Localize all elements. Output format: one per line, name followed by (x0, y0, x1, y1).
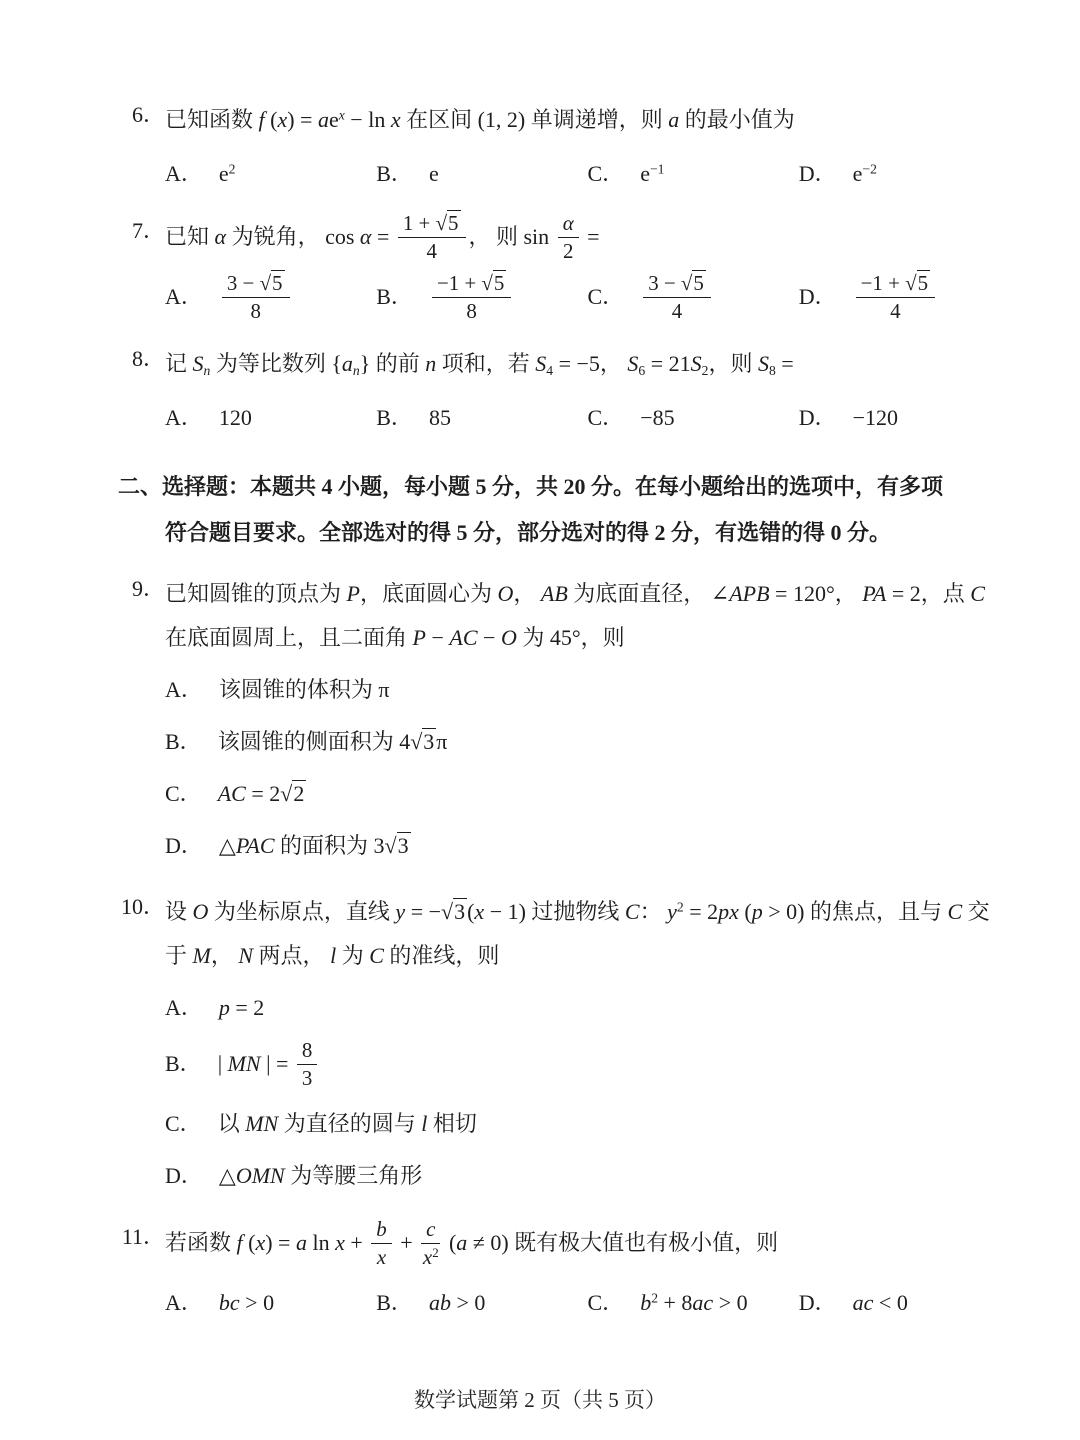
fraction-numerator: c (421, 1218, 440, 1244)
math-variable: α (360, 224, 372, 249)
option-content: p = 2 (219, 995, 264, 1020)
question-10-option-A: A．p = 2 (165, 982, 1010, 1034)
option-label: C． (588, 1290, 625, 1315)
question-8-option-A: A．120 (165, 396, 376, 440)
option-content: 3 − √58 (219, 284, 293, 309)
section-2-header-line-1: 二、选择题：本题共 4 小题，每小题 5 分，共 20 分。在每小题给出的选项中… (118, 464, 1010, 510)
question-9-stem-row: 9．已知圆锥的顶点为 P，底面圆心为 O， AB 为底面直径， ∠APB = 1… (118, 572, 1010, 660)
math-variable: x (423, 1245, 432, 1269)
math-variable: px (718, 899, 739, 924)
option-content: e (429, 161, 439, 186)
math-superscript: 2 (432, 1245, 438, 1260)
option-content: e−2 (853, 161, 877, 186)
sqrt-radical: √3 (441, 898, 467, 924)
sqrt-radicand: 5 (493, 270, 506, 295)
option-label: D． (799, 405, 837, 430)
question-8-number: 8． (118, 342, 165, 373)
option-content: ab > 0 (429, 1290, 485, 1315)
question-7-option-C: C．3 − √54 (588, 274, 799, 324)
math-fraction: −1 + √58 (432, 272, 511, 322)
math-variable: f (259, 107, 265, 132)
question-6-options: A．e2B．eC．e−1D．e−2 (165, 152, 1010, 196)
math-variable: x (255, 1231, 265, 1256)
sqrt-radical: √5 (905, 270, 930, 295)
math-subscript: n (204, 363, 211, 378)
question-8: 8．记 Sn 为等比数列 {an} 的前 n 项和，若 S4 = −5， S6 … (118, 342, 1010, 440)
math-variable: M (193, 943, 211, 968)
math-variable: C (947, 899, 962, 924)
math-variable: x (474, 899, 484, 924)
math-variable: C (369, 943, 384, 968)
question-10-stem-row: 10．设 O 为坐标原点，直线 y = −√3(x − 1) 过抛物线 C： y… (118, 890, 1010, 978)
fraction-denominator: 4 (856, 298, 935, 323)
math-variable: x (391, 107, 401, 132)
option-content: | MN | = 83 (218, 1051, 321, 1076)
question-11: 11．若函数 f (x) = a ln x + bx + cx2 (a ≠ 0)… (118, 1220, 1010, 1324)
math-superscript: −2 (862, 162, 877, 177)
option-label: B． (376, 161, 413, 186)
option-label: A． (165, 1290, 203, 1315)
math-variable: x (335, 1231, 345, 1256)
fraction-denominator: 8 (432, 298, 511, 323)
fraction-numerator: 1 + √5 (398, 212, 466, 238)
math-fraction: bx (371, 1218, 391, 1268)
math-variable: x (377, 1245, 386, 1269)
option-content: bc > 0 (219, 1290, 274, 1315)
option-label: B． (376, 1290, 413, 1315)
question-11-option-A: A．bc > 0 (165, 1281, 376, 1325)
fraction-denominator: 4 (398, 238, 466, 263)
fraction-numerator: b (371, 1218, 391, 1244)
math-variable: ac (853, 1290, 874, 1315)
math-fraction: 3 − √54 (643, 272, 711, 322)
sqrt-radicand: 5 (447, 210, 460, 235)
math-fraction: cx2 (421, 1218, 440, 1268)
option-label: D． (165, 1163, 203, 1188)
math-variable: y (395, 899, 405, 924)
math-variable: S (627, 351, 638, 376)
math-variable: MN (245, 1111, 278, 1136)
question-10-option-D: D．△OMN 为等腰三角形 (165, 1150, 1010, 1202)
math-variable: S (691, 351, 702, 376)
math-subscript: 8 (769, 363, 776, 378)
math-subscript: 2 (702, 363, 709, 378)
question-7-number: 7． (118, 214, 165, 245)
exam-content: 6．已知函数 f (x) = aex − ln x 在区间 (1, 2) 单调递… (118, 98, 1010, 1325)
question-6-option-D: D．e−2 (799, 152, 1010, 196)
option-content: −85 (640, 405, 674, 430)
option-label: A． (165, 405, 203, 430)
option-label: C． (165, 1111, 202, 1136)
question-10-stem: 设 O 为坐标原点，直线 y = −√3(x − 1) 过抛物线 C： y2 =… (165, 890, 1010, 978)
math-variable: ac (692, 1290, 713, 1315)
math-variable: C (625, 899, 640, 924)
question-11-option-D: D．ac < 0 (799, 1281, 1010, 1325)
question-9-option-B: B．该圆锥的侧面积为 4√3π (165, 716, 1010, 768)
fraction-denominator: x (371, 1244, 391, 1269)
question-6-option-C: C．e−1 (588, 152, 799, 196)
math-variable: C (970, 581, 985, 606)
sqrt-radicand: 5 (271, 270, 284, 295)
sqrt-radical: √3 (385, 832, 411, 858)
option-content: 85 (429, 405, 451, 430)
option-content: 该圆锥的侧面积为 4√3π (218, 728, 448, 754)
math-subscript: 4 (546, 363, 553, 378)
math-variable: PA (862, 581, 886, 606)
question-11-option-C: C．b2 + 8ac > 0 (588, 1281, 799, 1325)
math-variable: a (668, 107, 679, 132)
question-9-number: 9． (118, 572, 165, 603)
question-6-number: 6． (118, 98, 165, 129)
question-7-options: A．3 − √58B．−1 + √58C．3 − √54D．−1 + √54 (165, 274, 1010, 324)
option-label: D． (165, 833, 203, 858)
question-6-option-B: B．e (376, 152, 587, 196)
question-8-stem-row: 8．记 Sn 为等比数列 {an} 的前 n 项和，若 S4 = −5， S6 … (118, 342, 1010, 386)
math-variable: b (376, 1217, 386, 1241)
question-11-options: A．bc > 0B．ab > 0C．b2 + 8ac > 0D．ac < 0 (165, 1281, 1010, 1325)
option-content: △PAC 的面积为 3√3 (219, 832, 411, 858)
option-content: e2 (219, 161, 236, 186)
math-variable: x (277, 107, 287, 132)
math-variable: l (330, 943, 336, 968)
math-variable: l (421, 1111, 427, 1136)
section-2-header: 二、选择题：本题共 4 小题，每小题 5 分，共 20 分。在每小题给出的选项中… (118, 464, 1010, 556)
question-9: 9．已知圆锥的顶点为 P，底面圆心为 O， AB 为底面直径， ∠APB = 1… (118, 572, 1010, 872)
question-10-option-C: C．以 MN 为直径的圆与 l 相切 (165, 1098, 1010, 1150)
math-variable: a (456, 1231, 467, 1256)
option-label: A． (165, 284, 203, 309)
question-8-option-B: B．85 (376, 396, 587, 440)
question-7-option-D: D．−1 + √54 (799, 274, 1010, 324)
option-content: −1 + √54 (853, 284, 938, 309)
option-content: 120 (219, 405, 252, 430)
math-variable: P (413, 625, 426, 650)
question-9-option-A: A．该圆锥的体积为 π (165, 664, 1010, 716)
math-variable: PAC (236, 833, 275, 858)
math-variable: S (535, 351, 546, 376)
option-content: AC = 2√2 (218, 780, 307, 806)
section-2-header-line-2: 符合题目要求。全部选对的得 5 分，部分选对的得 2 分，有选错的得 0 分。 (165, 510, 1010, 556)
option-label: A． (165, 161, 203, 186)
math-variable: ab (429, 1290, 451, 1315)
question-7-option-A: A．3 − √58 (165, 274, 376, 324)
exam-page: 6．已知函数 f (x) = aex − ln x 在区间 (1, 2) 单调递… (0, 0, 1080, 1440)
math-variable: O (193, 899, 209, 924)
question-9-option-D: D．△PAC 的面积为 3√3 (165, 820, 1010, 872)
question-9-stem: 已知圆锥的顶点为 P，底面圆心为 O， AB 为底面直径， ∠APB = 120… (165, 572, 1010, 660)
option-label: A． (165, 995, 203, 1020)
math-variable: α (563, 211, 574, 235)
math-subscript: n (353, 363, 360, 378)
math-variable: n (353, 363, 360, 378)
math-fraction: 83 (297, 1039, 317, 1089)
fraction-numerator: −1 + √5 (856, 272, 935, 298)
question-8-stem: 记 Sn 为等比数列 {an} 的前 n 项和，若 S4 = −5， S6 = … (165, 342, 1010, 386)
math-variable: AB (541, 581, 568, 606)
option-label: C． (588, 161, 625, 186)
question-10-number: 10． (118, 890, 165, 921)
option-label: B． (165, 729, 202, 754)
sqrt-radicand: 5 (692, 270, 705, 295)
math-variable: n (204, 363, 211, 378)
math-superscript: x (339, 108, 345, 123)
question-6-stem-row: 6．已知函数 f (x) = aex − ln x 在区间 (1, 2) 单调递… (118, 98, 1010, 142)
fraction-denominator: x2 (421, 1244, 440, 1269)
sqrt-radical: √5 (260, 270, 285, 295)
option-content: b2 + 8ac > 0 (640, 1290, 747, 1315)
fraction-denominator: 3 (297, 1065, 317, 1090)
option-content: e−1 (640, 161, 664, 186)
fraction-numerator: 3 − √5 (643, 272, 711, 298)
math-variable: AC (449, 625, 477, 650)
question-7-stem-row: 7．已知 α 为锐角， cos α = 1 + √54， 则 sin α2 = (118, 214, 1010, 264)
question-9-options: A．该圆锥的体积为 πB．该圆锥的侧面积为 4√3πC．AC = 2√2D．△P… (165, 664, 1010, 872)
option-label: B． (376, 405, 413, 430)
option-content: 该圆锥的体积为 π (219, 677, 390, 702)
question-7-stem: 已知 α 为锐角， cos α = 1 + √54， 则 sin α2 = (165, 214, 1010, 264)
math-fraction: 3 − √58 (222, 272, 290, 322)
fraction-denominator: 8 (222, 298, 290, 323)
math-superscript: 2 (229, 162, 236, 177)
fraction-numerator: −1 + √5 (432, 272, 511, 298)
fraction-denominator: 4 (643, 298, 711, 323)
option-content: −1 + √58 (429, 284, 514, 309)
math-variable: p (219, 995, 230, 1020)
math-variable: n (425, 351, 436, 376)
math-variable: bc (219, 1290, 240, 1315)
sqrt-radical: √5 (436, 210, 461, 235)
question-7: 7．已知 α 为锐角， cos α = 1 + √54， 则 sin α2 =A… (118, 214, 1010, 324)
math-variable: a (342, 351, 353, 376)
math-superscript: −1 (650, 162, 665, 177)
option-label: D． (799, 161, 837, 186)
option-label: C． (165, 781, 202, 806)
option-content: −120 (853, 405, 898, 430)
math-fraction: 1 + √54 (398, 212, 466, 262)
math-variable: a (318, 107, 329, 132)
math-variable: b (640, 1290, 651, 1315)
question-7-option-B: B．−1 + √58 (376, 274, 587, 324)
math-variable: AC (218, 781, 246, 806)
sqrt-radicand: 5 (917, 270, 930, 295)
math-variable: MN (228, 1051, 261, 1076)
page-footer: 数学试题第 2 页（共 5 页） (0, 1384, 1080, 1414)
sqrt-radicand: 3 (453, 898, 467, 924)
sqrt-radical: √2 (280, 780, 306, 806)
option-label: B． (165, 1051, 202, 1076)
sqrt-radicand: 3 (422, 728, 436, 754)
option-content: ac < 0 (853, 1290, 908, 1315)
question-6: 6．已知函数 f (x) = aex − ln x 在区间 (1, 2) 单调递… (118, 98, 1010, 196)
question-9-option-C: C．AC = 2√2 (165, 768, 1010, 820)
question-6-stem: 已知函数 f (x) = aex − ln x 在区间 (1, 2) 单调递增，… (165, 98, 1010, 142)
sqrt-radical: √5 (681, 270, 706, 295)
math-fraction: α2 (558, 212, 579, 262)
math-variable: α (215, 224, 227, 249)
question-11-number: 11． (118, 1220, 165, 1251)
option-label: D． (799, 1290, 837, 1315)
sqrt-radicand: 2 (292, 780, 306, 806)
math-subscript: 6 (638, 363, 645, 378)
question-8-option-C: C．−85 (588, 396, 799, 440)
math-variable: f (237, 1231, 243, 1256)
option-label: A． (165, 677, 203, 702)
sqrt-radicand: 3 (397, 832, 411, 858)
math-variable: S (758, 351, 769, 376)
option-label: C． (588, 284, 625, 309)
fraction-numerator: 8 (297, 1039, 317, 1065)
option-content: △OMN 为等腰三角形 (219, 1163, 422, 1188)
question-8-option-D: D．−120 (799, 396, 1010, 440)
question-10: 10．设 O 为坐标原点，直线 y = −√3(x − 1) 过抛物线 C： y… (118, 890, 1010, 1202)
question-11-stem: 若函数 f (x) = a ln x + bx + cx2 (a ≠ 0) 既有… (165, 1220, 1010, 1270)
math-variable: S (193, 351, 204, 376)
math-variable: O (497, 581, 513, 606)
option-content: 以 MN 为直径的圆与 l 相切 (218, 1111, 477, 1136)
math-variable: c (426, 1217, 435, 1241)
question-11-option-B: B．ab > 0 (376, 1281, 587, 1325)
question-8-options: A．120B．85C．−85D．−120 (165, 396, 1010, 440)
math-superscript: 2 (677, 900, 684, 915)
fraction-numerator: 3 − √5 (222, 272, 290, 298)
math-variable: p (752, 899, 763, 924)
option-label: B． (376, 284, 413, 309)
math-fraction: −1 + √54 (856, 272, 935, 322)
option-label: D． (799, 284, 837, 309)
question-11-stem-row: 11．若函数 f (x) = a ln x + bx + cx2 (a ≠ 0)… (118, 1220, 1010, 1270)
math-variable: y (667, 899, 677, 924)
math-variable: N (238, 943, 253, 968)
question-10-options: A．p = 2B．| MN | = 83C．以 MN 为直径的圆与 l 相切D．… (165, 982, 1010, 1202)
question-10-option-B: B．| MN | = 83 (165, 1034, 1010, 1098)
fraction-denominator: 2 (558, 238, 579, 263)
option-label: C． (588, 405, 625, 430)
math-variable: a (296, 1231, 307, 1256)
question-6-option-A: A．e2 (165, 152, 376, 196)
option-content: 3 − √54 (640, 284, 714, 309)
math-variable: x (339, 108, 345, 123)
sqrt-radical: √5 (481, 270, 506, 295)
math-variable: O (501, 625, 517, 650)
math-superscript: 2 (651, 1290, 658, 1305)
math-variable: OMN (236, 1163, 285, 1188)
math-variable: P (347, 581, 360, 606)
sqrt-radical: √3 (410, 728, 436, 754)
fraction-numerator: α (558, 212, 579, 238)
math-variable: APB (729, 581, 769, 606)
